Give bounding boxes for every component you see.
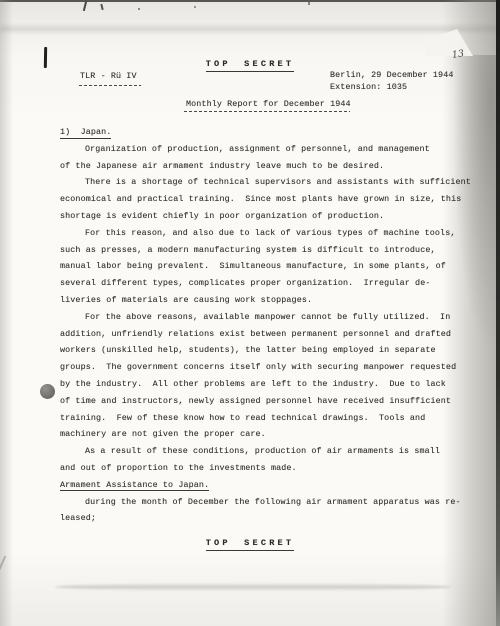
paper-crease-bottom xyxy=(55,583,451,591)
scanned-document-page: TOP SECRET 13 TLR - Rü IV Berlin, 29 Dec… xyxy=(0,0,500,626)
dashed-rule xyxy=(184,111,350,112)
hole-punch-dot xyxy=(40,384,55,399)
classification-footer-row: TOP SECRET xyxy=(0,532,500,551)
paragraph: during the month of December the followi… xyxy=(60,494,480,528)
dust-speck xyxy=(308,2,310,5)
dashed-rule xyxy=(79,85,141,86)
paragraph: As a result of these conditions, product… xyxy=(60,443,480,477)
classification-header: TOP SECRET xyxy=(206,59,295,72)
pencil-mark xyxy=(100,4,103,10)
reference-number: TLR - Rü IV xyxy=(80,71,137,81)
section-heading-text: 1) Japan. xyxy=(60,127,111,139)
section-heading: 1) Japan. xyxy=(60,124,480,141)
subsection-heading-text: Armament Assistance to Japan. xyxy=(60,480,209,492)
report-title: Monthly Report for December 1944 xyxy=(186,99,351,109)
extension-line: Extension: 1035 xyxy=(330,82,454,94)
scan-top-edge xyxy=(0,0,500,2)
paragraph: Organization of production, assignment o… xyxy=(60,141,480,175)
paragraph: There is a shortage of technical supervi… xyxy=(60,174,480,224)
dust-speck xyxy=(138,8,140,10)
dateline-block: Berlin, 29 December 1944 Extension: 1035 xyxy=(330,70,454,93)
classification-header-row: TOP SECRET xyxy=(0,53,500,72)
dust-speck xyxy=(194,6,196,8)
paragraph: For this reason, and also due to lack of… xyxy=(60,225,480,309)
paper-crease-top xyxy=(0,23,500,34)
paragraph: For the above reasons, available manpowe… xyxy=(60,309,480,443)
handwritten-page-number: 13 xyxy=(451,48,465,61)
document-body: 1) Japan. Organization of production, as… xyxy=(60,124,480,527)
subsection-heading: Armament Assistance to Japan. xyxy=(60,477,480,494)
dateline: Berlin, 29 December 1944 xyxy=(330,70,454,82)
pencil-tick-mark xyxy=(83,1,87,11)
classification-footer: TOP SECRET xyxy=(206,538,295,551)
